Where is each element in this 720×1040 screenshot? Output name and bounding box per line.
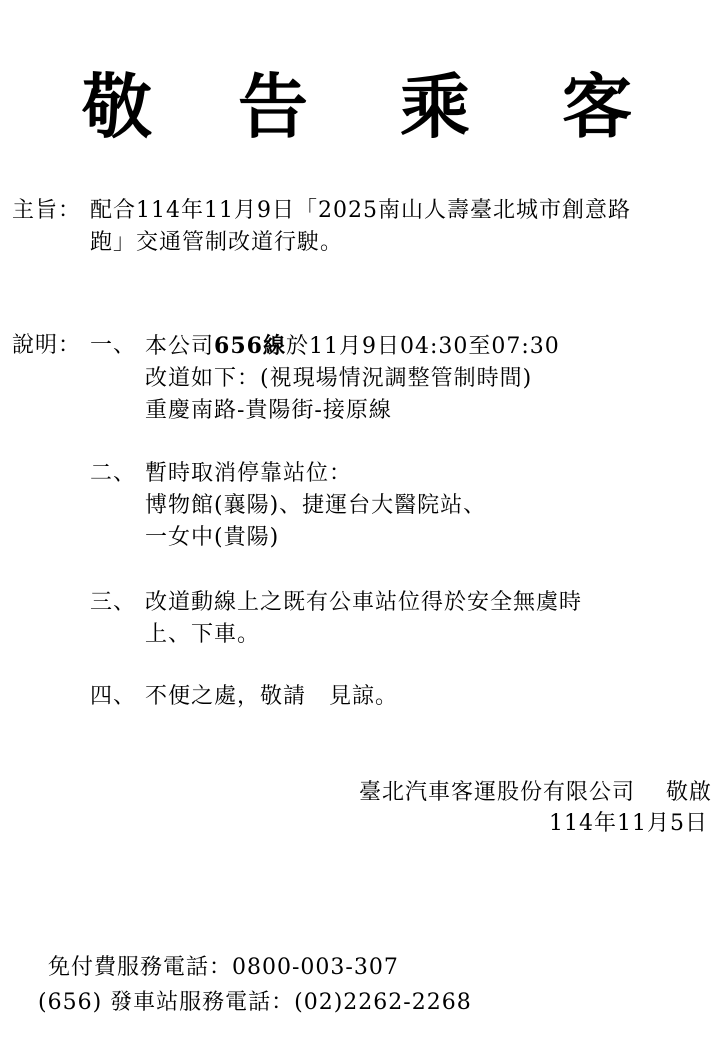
item-number: 二、 xyxy=(90,458,136,490)
title-char: 敬 xyxy=(82,62,152,152)
subject-line: 配合114年11月9日「2025南山人壽臺北城市創意路 xyxy=(90,195,631,227)
item-line: 上、下車。 xyxy=(145,619,260,651)
item-text: 於11月9日04:30至07:30 xyxy=(286,334,560,359)
item-text: 本公司 xyxy=(145,334,214,359)
route-number: 656線 xyxy=(214,333,286,359)
item-number: 一、 xyxy=(90,330,136,362)
subject-line: 跑」交通管制改道行駛。 xyxy=(90,227,343,259)
title-char: 客 xyxy=(562,62,632,152)
passenger-notice: 敬 告 乘 客 主旨： 配合114年11月9日「2025南山人壽臺北城市創意路 … xyxy=(0,0,720,1040)
item-number: 四、 xyxy=(90,681,136,713)
notice-date: 114年11月5日 xyxy=(549,808,708,840)
title-char: 告 xyxy=(238,62,308,152)
item-line: 一女中(貴陽) xyxy=(145,522,279,554)
item-line: 改道如下：(視現場情況調整管制時間) xyxy=(145,363,532,395)
depot-phone: (656) 發車站服務電話：(02)2262-2268 xyxy=(38,987,472,1019)
company-signature: 臺北汽車客運股份有限公司 敬啟 xyxy=(359,777,712,809)
title-char: 乘 xyxy=(400,62,470,152)
item-line: 本公司656線於11月9日04:30至07:30 xyxy=(145,330,560,363)
explanation-label: 說明： xyxy=(12,330,81,362)
notice-title: 敬 告 乘 客 xyxy=(0,62,720,152)
subject-label: 主旨： xyxy=(12,195,81,227)
item-number: 三、 xyxy=(90,587,136,619)
item-line: 暫時取消停靠站位： xyxy=(145,458,352,490)
item-line: 改道動線上之既有公車站位得於安全無虞時 xyxy=(145,587,582,619)
item-line: 博物館(襄陽)、捷運台大醫院站、 xyxy=(145,490,486,522)
item-line: 不便之處，敬請 見諒。 xyxy=(145,681,398,713)
toll-free-phone: 免付費服務電話：0800-003-307 xyxy=(48,952,399,984)
item-line: 重慶南路-貴陽街-接原線 xyxy=(145,395,392,427)
